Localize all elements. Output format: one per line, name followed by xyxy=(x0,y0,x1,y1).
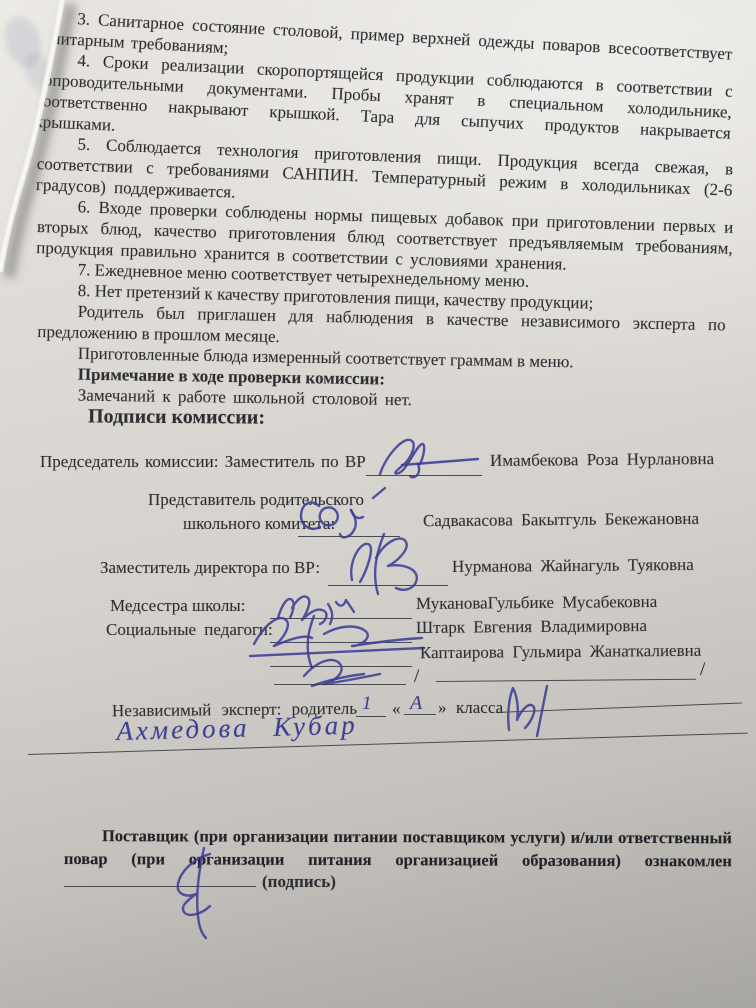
social-signature xyxy=(246,604,431,672)
blank-name-line xyxy=(436,679,696,682)
supplier-paragraph: Поставщик (при организации питании поста… xyxy=(64,824,732,872)
parent-rep-name: Садвакасова Бакытгуль Бекежановна xyxy=(423,509,699,531)
slash-separator: / xyxy=(414,666,419,688)
quote-open: « xyxy=(392,699,401,719)
document-page: 3. Санитарное состояние столовой, пример… xyxy=(0,0,756,1008)
nurse-signature xyxy=(272,586,367,628)
quote-close: » xyxy=(438,698,447,718)
expert-label-suffix: класса xyxy=(456,698,503,718)
deputy-signature-line xyxy=(328,585,448,586)
social-label: Социальные педагоги: xyxy=(106,620,273,640)
social-name-2: Каптаирова Гульмира Жанаткалиевна xyxy=(420,641,701,663)
supplier-signature-line xyxy=(64,886,256,887)
expert-class-letter-handwritten: А xyxy=(410,692,422,715)
blank-signature-line xyxy=(274,684,406,685)
expert-handwritten-name: Ахмедова Кубар xyxy=(116,710,358,747)
chairman-name: Имамбекова Роза Нурлановна xyxy=(490,449,714,471)
deputy-name: Нурманова Жайнагуль Туяковна xyxy=(452,555,694,577)
nurse-label: Медсестра школы: xyxy=(110,596,245,616)
chairman-signature xyxy=(372,430,482,485)
signatures-heading: Подписи комиссии: xyxy=(88,405,265,429)
report-body: 3. Санитарное состояние столовой, пример… xyxy=(38,6,734,405)
parent-rep-label-line1: Представитель родительского xyxy=(148,490,364,510)
expert-class-number-handwritten: 1 xyxy=(362,693,372,715)
social-signature-line-2 xyxy=(270,666,412,667)
nurse-name: МукановаГульбике Мусабековна xyxy=(416,592,657,614)
deputy-label: Заместитель директора по ВР: xyxy=(100,558,320,578)
parent-rep-signature-line xyxy=(298,536,400,537)
slash-separator: / xyxy=(700,659,705,681)
nurse-signature-line xyxy=(270,618,412,619)
social-name-1: Штарк Евгения Владимировна xyxy=(416,616,647,638)
chairman-signature-line xyxy=(366,475,482,476)
parent-rep-label-line2: школьного комитета: xyxy=(183,514,335,534)
chairman-label: Председатель комиссии: Заместитель по ВР xyxy=(40,452,366,472)
class-number-line xyxy=(356,716,386,717)
expert-top-line xyxy=(496,703,742,713)
social-signature-line-1 xyxy=(270,642,412,643)
supplier-signature-caption: (подпись) xyxy=(262,872,336,892)
class-letter-line xyxy=(404,714,436,715)
